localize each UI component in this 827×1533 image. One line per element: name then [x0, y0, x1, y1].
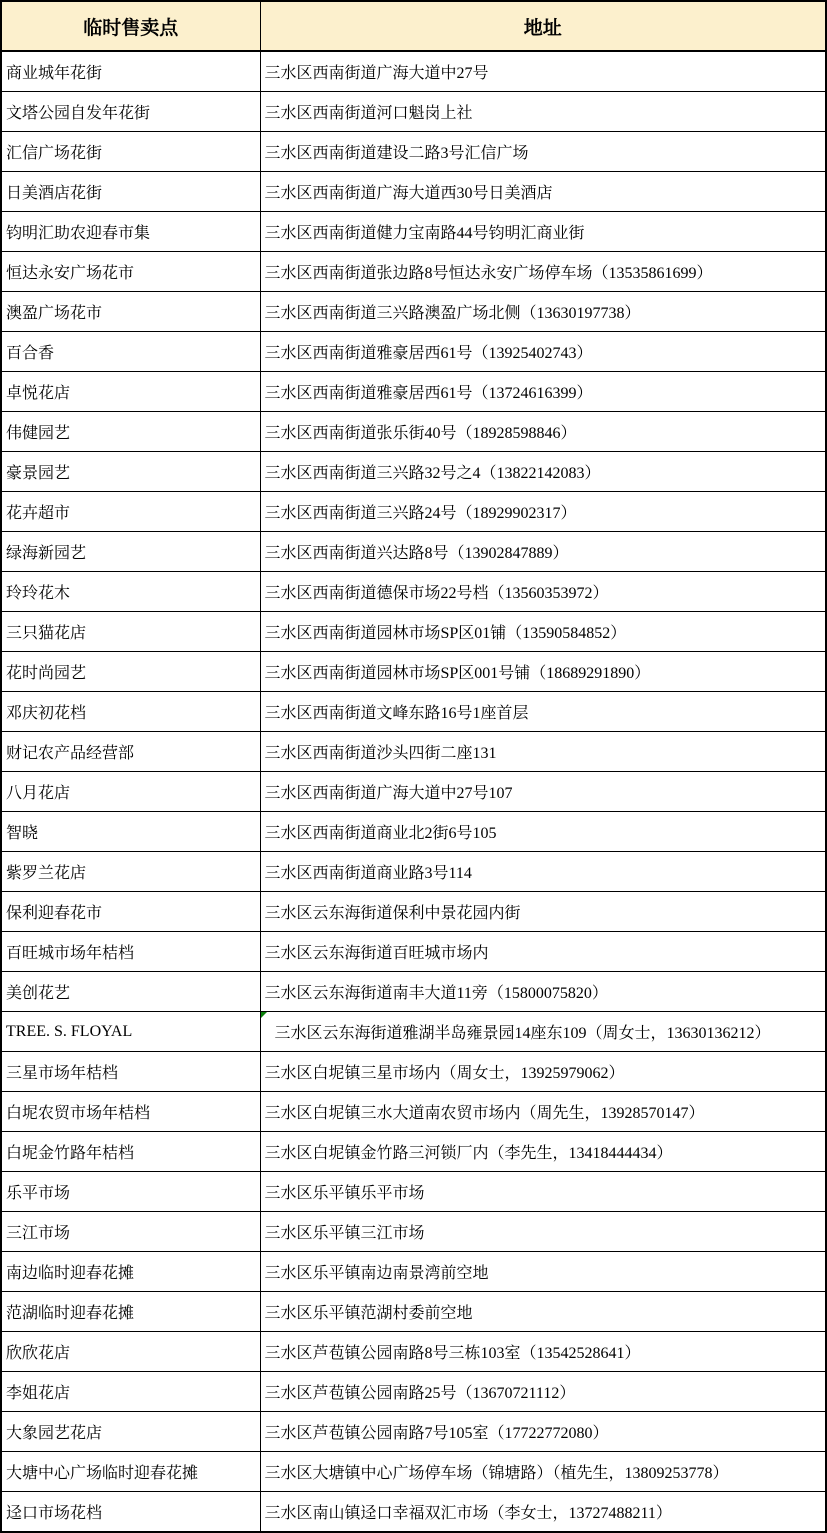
- sales-point-name-cell: 欣欣花店: [1, 1332, 260, 1372]
- address-cell: 三水区西南街道商业路3号114: [260, 852, 826, 892]
- address-cell: 三水区西南街道德保市场22号档（13560353972）: [260, 572, 826, 612]
- table-row: 三江市场 三水区乐平镇三江市场: [1, 1212, 826, 1252]
- table-row: 恒达永安广场花市 三水区西南街道张边路8号恒达永安广场停车场（135358616…: [1, 252, 826, 292]
- sales-point-name-cell: 范湖临时迎春花摊: [1, 1292, 260, 1332]
- table-row: 紫罗兰花店 三水区西南街道商业路3号114: [1, 852, 826, 892]
- sales-point-name-cell: 恒达永安广场花市: [1, 252, 260, 292]
- address-cell: 三水区云东海街道保利中景花园内街: [260, 892, 826, 932]
- address-cell: 三水区西南街道三兴路24号（18929902317）: [260, 492, 826, 532]
- table-row: 三星市场年桔档 三水区白坭镇三星市场内（周女士，13925979062）: [1, 1052, 826, 1092]
- table-row: 邓庆初花档 三水区西南街道文峰东路16号1座首层: [1, 692, 826, 732]
- address-cell: 三水区乐平镇范湖村委前空地: [260, 1292, 826, 1332]
- table-body: 商业城年花街 三水区西南街道广海大道中27号 文塔公园自发年花街 三水区西南街道…: [1, 51, 826, 1532]
- address-cell: 三水区西南街道张边路8号恒达永安广场停车场（13535861699）: [260, 252, 826, 292]
- address-cell: 三水区西南街道文峰东路16号1座首层: [260, 692, 826, 732]
- address-cell: 三水区西南街道商业北2街6号105: [260, 812, 826, 852]
- sales-point-name-cell: 保利迎春花市: [1, 892, 260, 932]
- table-row: 日美酒店花街 三水区西南街道广海大道西30号日美酒店: [1, 172, 826, 212]
- sales-points-table: 临时售卖点 地址 商业城年花街 三水区西南街道广海大道中27号 文塔公园自发年花…: [0, 0, 827, 1533]
- table-row: 智晓 三水区西南街道商业北2街6号105: [1, 812, 826, 852]
- address-cell: 三水区乐平镇南边南景湾前空地: [260, 1252, 826, 1292]
- table-row: 澳盈广场花市 三水区西南街道三兴路澳盈广场北侧（13630197738）: [1, 292, 826, 332]
- address-cell: 三水区西南街道园林市场SP区001号铺（18689291890）: [260, 652, 826, 692]
- table-row: 花时尚园艺 三水区西南街道园林市场SP区001号铺（18689291890）: [1, 652, 826, 692]
- address-cell: 三水区西南街道广海大道西30号日美酒店: [260, 172, 826, 212]
- column-header-sales-point: 临时售卖点: [1, 1, 260, 51]
- address-cell: 三水区南山镇迳口幸福双汇市场（李女士，13727488211）: [260, 1492, 826, 1533]
- address-cell: 三水区西南街道建设二路3号汇信广场: [260, 132, 826, 172]
- sales-point-name-cell: 迳口市场花档: [1, 1492, 260, 1533]
- table-row: 李姐花店 三水区芦苞镇公园南路25号（13670721112）: [1, 1372, 826, 1412]
- sales-point-name-cell: 文塔公园自发年花街: [1, 92, 260, 132]
- address-cell: 三水区乐平镇乐平市场: [260, 1172, 826, 1212]
- sales-point-name-cell: 日美酒店花街: [1, 172, 260, 212]
- address-cell: 三水区西南街道河口魁岗上社: [260, 92, 826, 132]
- address-cell: 三水区西南街道三兴路澳盈广场北侧（13630197738）: [260, 292, 826, 332]
- table-row: 花卉超市 三水区西南街道三兴路24号（18929902317）: [1, 492, 826, 532]
- sales-point-name-cell: 商业城年花街: [1, 51, 260, 92]
- table-row: 大塘中心广场临时迎春花摊 三水区大塘镇中心广场停车场（锦塘路）（植先生，1380…: [1, 1452, 826, 1492]
- sales-point-name-cell: TREE. S. FLOYAL: [1, 1012, 260, 1052]
- table-row: 南边临时迎春花摊 三水区乐平镇南边南景湾前空地: [1, 1252, 826, 1292]
- sales-point-name-cell: 财记农产品经营部: [1, 732, 260, 772]
- table-row: 玲玲花木 三水区西南街道德保市场22号档（13560353972）: [1, 572, 826, 612]
- sales-point-name-cell: 钧明汇助农迎春市集: [1, 212, 260, 252]
- address-cell: 三水区西南街道张乐街40号（18928598846）: [260, 412, 826, 452]
- sales-point-name-cell: 乐平市场: [1, 1172, 260, 1212]
- address-cell: 三水区西南街道沙头四街二座131: [260, 732, 826, 772]
- table-row: 白坭金竹路年桔档 三水区白坭镇金竹路三河锁厂内（李先生，13418444434）: [1, 1132, 826, 1172]
- sales-point-name-cell: 八月花店: [1, 772, 260, 812]
- address-cell: 三水区西南街道兴达路8号（13902847889）: [260, 532, 826, 572]
- sales-point-name-cell: 白坭农贸市场年桔档: [1, 1092, 260, 1132]
- table-row: 汇信广场花街 三水区西南街道建设二路3号汇信广场: [1, 132, 826, 172]
- sales-point-name-cell: 南边临时迎春花摊: [1, 1252, 260, 1292]
- table-row: 乐平市场 三水区乐平镇乐平市场: [1, 1172, 826, 1212]
- table-row: 范湖临时迎春花摊 三水区乐平镇范湖村委前空地: [1, 1292, 826, 1332]
- sales-point-name-cell: 伟健园艺: [1, 412, 260, 452]
- address-cell: 三水区芦苞镇公园南路7号105室（17722772080）: [260, 1412, 826, 1452]
- sales-point-name-cell: 汇信广场花街: [1, 132, 260, 172]
- column-header-address: 地址: [260, 1, 826, 51]
- table-row: 卓悦花店 三水区西南街道雅豪居西61号（13724616399）: [1, 372, 826, 412]
- table-row: 百旺城市场年桔档 三水区云东海街道百旺城市场内: [1, 932, 826, 972]
- table-row: 文塔公园自发年花街 三水区西南街道河口魁岗上社: [1, 92, 826, 132]
- sales-point-name-cell: 三江市场: [1, 1212, 260, 1252]
- table-row: 钧明汇助农迎春市集 三水区西南街道健力宝南路44号钧明汇商业街: [1, 212, 826, 252]
- sales-point-name-cell: 卓悦花店: [1, 372, 260, 412]
- sales-point-name-cell: 邓庆初花档: [1, 692, 260, 732]
- sales-point-name-cell: 紫罗兰花店: [1, 852, 260, 892]
- address-cell: 三水区云东海街道南丰大道11旁（15800075820）: [260, 972, 826, 1012]
- table-row: 欣欣花店 三水区芦苞镇公园南路8号三栋103室（13542528641）: [1, 1332, 826, 1372]
- table-row: 三只猫花店 三水区西南街道园林市场SP区01铺（13590584852）: [1, 612, 826, 652]
- address-cell: 三水区西南街道健力宝南路44号钧明汇商业街: [260, 212, 826, 252]
- sales-point-name-cell: 大象园艺花店: [1, 1412, 260, 1452]
- address-cell: 三水区白坭镇三星市场内（周女士，13925979062）: [260, 1052, 826, 1092]
- sales-point-name-cell: 豪景园艺: [1, 452, 260, 492]
- sales-point-name-cell: 三星市场年桔档: [1, 1052, 260, 1092]
- table-row: 豪景园艺 三水区西南街道三兴路32号之4（13822142083）: [1, 452, 826, 492]
- address-cell: 三水区西南街道雅豪居西61号（13925402743）: [260, 332, 826, 372]
- table-row: 绿海新园艺 三水区西南街道兴达路8号（13902847889）: [1, 532, 826, 572]
- address-cell: 三水区西南街道园林市场SP区01铺（13590584852）: [260, 612, 826, 652]
- sales-point-name-cell: 百合香: [1, 332, 260, 372]
- address-cell: 三水区云东海街道雅湖半岛雍景园14座东109（周女士，13630136212）: [260, 1012, 826, 1052]
- address-cell: 三水区芦苞镇公园南路8号三栋103室（13542528641）: [260, 1332, 826, 1372]
- address-cell: 三水区乐平镇三江市场: [260, 1212, 826, 1252]
- table-row: 财记农产品经营部 三水区西南街道沙头四街二座131: [1, 732, 826, 772]
- address-cell: 三水区西南街道广海大道中27号: [260, 51, 826, 92]
- sales-point-name-cell: 美创花艺: [1, 972, 260, 1012]
- table-row: TREE. S. FLOYAL 三水区云东海街道雅湖半岛雍景园14座东109（周…: [1, 1012, 826, 1052]
- address-cell: 三水区白坭镇三水大道南农贸市场内（周先生，13928570147）: [260, 1092, 826, 1132]
- table-row: 大象园艺花店 三水区芦苞镇公园南路7号105室（17722772080）: [1, 1412, 826, 1452]
- table-row: 伟健园艺 三水区西南街道张乐街40号（18928598846）: [1, 412, 826, 452]
- sales-point-name-cell: 三只猫花店: [1, 612, 260, 652]
- address-cell: 三水区西南街道广海大道中27号107: [260, 772, 826, 812]
- table-row: 保利迎春花市 三水区云东海街道保利中景花园内街: [1, 892, 826, 932]
- address-cell: 三水区云东海街道百旺城市场内: [260, 932, 826, 972]
- sales-point-name-cell: 李姐花店: [1, 1372, 260, 1412]
- header-row: 临时售卖点 地址: [1, 1, 826, 51]
- sales-point-name-cell: 百旺城市场年桔档: [1, 932, 260, 972]
- sales-point-name-cell: 白坭金竹路年桔档: [1, 1132, 260, 1172]
- table-row: 商业城年花街 三水区西南街道广海大道中27号: [1, 51, 826, 92]
- address-cell: 三水区大塘镇中心广场停车场（锦塘路）（植先生，13809253778）: [260, 1452, 826, 1492]
- sales-point-name-cell: 花时尚园艺: [1, 652, 260, 692]
- address-cell: 三水区芦苞镇公园南路25号（13670721112）: [260, 1372, 826, 1412]
- table-row: 百合香 三水区西南街道雅豪居西61号（13925402743）: [1, 332, 826, 372]
- sales-point-name-cell: 大塘中心广场临时迎春花摊: [1, 1452, 260, 1492]
- sales-point-name-cell: 澳盈广场花市: [1, 292, 260, 332]
- sales-point-name-cell: 花卉超市: [1, 492, 260, 532]
- table-row: 八月花店 三水区西南街道广海大道中27号107: [1, 772, 826, 812]
- sales-point-name-cell: 绿海新园艺: [1, 532, 260, 572]
- sales-point-name-cell: 玲玲花木: [1, 572, 260, 612]
- address-cell: 三水区西南街道雅豪居西61号（13724616399）: [260, 372, 826, 412]
- table-row: 白坭农贸市场年桔档 三水区白坭镇三水大道南农贸市场内（周先生，139285701…: [1, 1092, 826, 1132]
- table-row: 迳口市场花档 三水区南山镇迳口幸福双汇市场（李女士，13727488211）: [1, 1492, 826, 1533]
- sales-point-name-cell: 智晓: [1, 812, 260, 852]
- green-corner-marker-icon: [261, 1012, 267, 1018]
- address-cell: 三水区白坭镇金竹路三河锁厂内（李先生，13418444434）: [260, 1132, 826, 1172]
- table-row: 美创花艺 三水区云东海街道南丰大道11旁（15800075820）: [1, 972, 826, 1012]
- address-cell: 三水区西南街道三兴路32号之4（13822142083）: [260, 452, 826, 492]
